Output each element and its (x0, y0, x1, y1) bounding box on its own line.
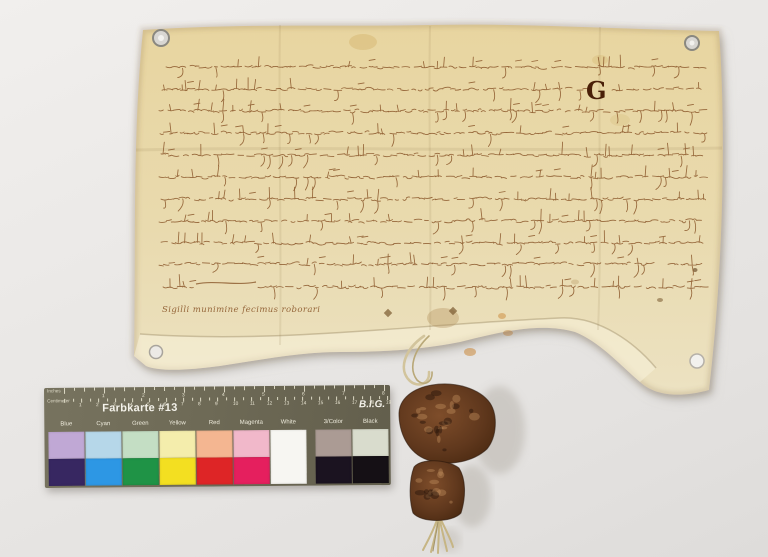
color-patch-yellow-dark (160, 458, 196, 485)
ruler-tick (209, 398, 210, 401)
color-patch-green-light (122, 431, 158, 458)
decorated-initial: G (586, 76, 607, 105)
parchment-document: G Sigilli munimine fecimus roborari (134, 25, 723, 395)
ruler-tick (94, 388, 95, 391)
color-patch-black-light (352, 429, 388, 456)
cm-number: 5 (147, 402, 150, 407)
ruler-tick (234, 386, 235, 389)
cm-number: 7 (181, 401, 184, 406)
ruler-tick (154, 387, 155, 390)
color-patch-yellow-light (159, 431, 195, 458)
inch-number: 4 (222, 392, 225, 397)
cm-number: 6 (164, 401, 167, 406)
ruler-tick (364, 385, 365, 389)
color-patch-magenta-dark (234, 457, 270, 484)
cm-number: 11 (250, 401, 255, 406)
color-patch-white (270, 430, 306, 484)
color-patch-3color-light (315, 429, 351, 456)
patch-label-red: Red (209, 419, 220, 425)
cm-number: 2 (96, 402, 99, 407)
ruler-tick (274, 386, 275, 389)
color-patch-red-light (196, 430, 232, 457)
cm-number: 4 (130, 402, 133, 407)
ruler-tick (175, 398, 176, 401)
color-patch-cyan-dark (86, 458, 122, 485)
patch-label-cyan: Cyan (96, 420, 110, 426)
inch-number: 7 (342, 391, 345, 396)
inch-number: 8 (382, 391, 385, 396)
ruler-tick (354, 385, 355, 388)
inch-number: 2 (142, 393, 145, 398)
color-patch-magenta-light (233, 430, 269, 457)
inch-number: 1 (102, 393, 105, 398)
cm-number: 12 (267, 401, 272, 406)
ruler-tick (214, 387, 215, 390)
ruler-tick (294, 386, 295, 389)
ruler-tick (284, 386, 285, 390)
ruler-tick (244, 386, 245, 390)
ruler-tick (243, 397, 244, 400)
cm-number: 17 (352, 400, 357, 405)
ruler-tick (114, 387, 115, 390)
ruler-tick (158, 398, 159, 401)
ruler-tick (277, 397, 278, 400)
ruler-tick (84, 388, 85, 392)
cm-number: 15 (318, 400, 323, 405)
cm-number: 8 (198, 401, 201, 406)
ruler-tick (226, 397, 227, 400)
ruler-tick (379, 396, 380, 399)
cm-number: 9 (215, 401, 218, 406)
cm-number: 10 (233, 401, 238, 406)
patch-label-blue: Blue (60, 421, 72, 427)
color-patch-black-dark (353, 456, 389, 483)
ruler-tick (124, 398, 125, 401)
patch-label-magenta: Magenta (240, 419, 263, 425)
ruler-tick (164, 387, 165, 391)
color-patch-red-dark (197, 457, 233, 484)
ruler-tick (192, 398, 193, 401)
patch-label-yellow: Yellow (169, 420, 186, 426)
cm-number: 3 (113, 402, 116, 407)
ruler-tick (324, 386, 325, 390)
ruler-tick (194, 387, 195, 390)
color-calibration-card: Inches Centimeter Farbkarte #13 B.I.G. B… (44, 385, 391, 488)
ruler-tick (174, 387, 175, 390)
color-patch-blue-dark (49, 459, 85, 486)
ruler-tick (64, 388, 65, 394)
photograph-background: G Sigilli munimine fecimus roborari (0, 0, 768, 557)
patch-label-green: Green (132, 420, 149, 426)
ruler-tick (374, 385, 375, 388)
ruler-tick (328, 397, 329, 400)
color-patch-blue-light (48, 432, 84, 459)
cm-number: 14 (301, 400, 306, 405)
color-patch-3color-dark (316, 456, 352, 483)
cm-number: 19 (386, 399, 391, 404)
cm-number: 1 (79, 402, 82, 407)
patch-label-black: Black (363, 418, 378, 424)
ruler-tick (134, 387, 135, 390)
ruler-tick (294, 397, 295, 400)
ruler-tick (124, 387, 125, 391)
cm-number: 16 (335, 400, 340, 405)
ruler-tick (107, 398, 108, 401)
ruler-tick (74, 388, 75, 391)
patch-label-white: White (281, 419, 296, 425)
ruler-tick (314, 386, 315, 389)
ruler-tick (254, 386, 255, 389)
ruler-tick (362, 396, 363, 399)
cm-number: 18 (369, 400, 374, 405)
cm-number: 13 (284, 400, 289, 405)
ruler-tick (73, 399, 74, 402)
color-patch-green-dark (123, 458, 159, 485)
ruler-tick (90, 399, 91, 402)
ruler-centimeter-label: Centimeter (47, 399, 70, 404)
color-patch-cyan-light (85, 431, 121, 458)
inch-number: 6 (302, 391, 305, 396)
ruler-tick (141, 398, 142, 401)
ruler-tick (334, 385, 335, 388)
ruler-tick (204, 387, 205, 391)
ruler-tick (64, 399, 65, 403)
patch-label-3color: 3/Color (324, 418, 343, 424)
ruler-tick (311, 397, 312, 400)
ruler-inches-label: Inches (47, 389, 61, 394)
ruler-tick (260, 397, 261, 400)
closing-formula-line: Sigilli munimine fecimus roborari (162, 305, 320, 315)
inch-number: 5 (262, 392, 265, 397)
inch-number: 3 (182, 392, 185, 397)
ruler-tick (345, 396, 346, 399)
